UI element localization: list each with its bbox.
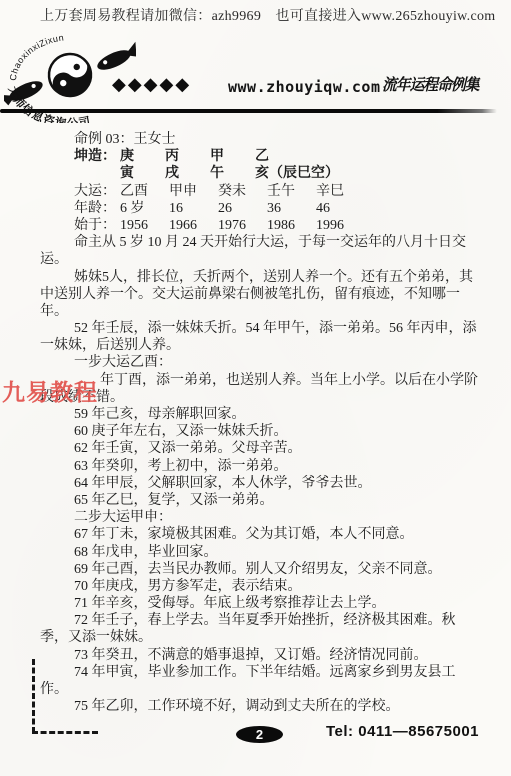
- dashed-border-vertical: [32, 659, 35, 733]
- red-watermark-text: 九易教程: [2, 374, 98, 407]
- scanned-book-page: 上万套周易教程请加微信：azh9969 也可直接进入www.265zhouyiw…: [0, 0, 511, 776]
- dayun-cell: 壬午: [267, 183, 316, 200]
- body-line: 命主从 5 岁 10 月 24 天开始行大运，于每一交运年的八月十日交: [40, 234, 491, 251]
- body-line: 75 年乙卯，工作环境不好，调动到丈夫所在的学校。: [40, 698, 491, 715]
- start-year-cell: 1956: [120, 217, 169, 234]
- empty-label: [74, 165, 120, 182]
- age-label: 年龄：: [74, 200, 120, 217]
- body-line: 72 年壬子，春上学去。当年夏季开始挫折，经济极其困难。秋: [40, 612, 491, 629]
- body-line: 60 庚子年左右，又添一妹妹夭折。: [40, 423, 491, 440]
- body-line: 74 年甲寅，毕业参加工作。下半年结婚。远离家乡到男友县工: [40, 664, 491, 681]
- body-content: 命例 03：王女士 坤造： 庚 丙 甲 乙 寅 戌 午 亥（辰巳空） 大运： 乙…: [0, 131, 511, 715]
- age-row: 年龄： 6 岁 16 26 36 46: [40, 200, 491, 217]
- age-cell: 36: [267, 200, 316, 217]
- start-year-cell: 1976: [218, 217, 267, 234]
- dayun-cell: 甲申: [169, 183, 218, 200]
- pillar-branch: 午: [210, 165, 255, 182]
- footer-telephone: Tel: 0411—85675001: [326, 723, 479, 740]
- pillar-stem: 丙: [165, 148, 210, 165]
- pillar-branch: 寅: [120, 165, 165, 182]
- header-notice-text: 上万套周易教程请加微信：azh9969 也可直接进入www.265zhouyiw…: [40, 5, 495, 25]
- body-line: 68 年戊申，毕业回家。: [40, 544, 491, 561]
- age-cell: 6 岁: [120, 200, 169, 217]
- header-divider-rule: [0, 109, 497, 113]
- dayun-cell: 乙酉: [120, 183, 169, 200]
- body-line: 62 年壬寅，又添一弟弟。父母辛苦。: [40, 440, 491, 457]
- page-number-badge: 2: [236, 726, 283, 743]
- body-line: 71 年辛亥，受侮辱。年底上级考察推荐让去上学。: [40, 595, 491, 612]
- dayun-cell: 癸未: [218, 183, 267, 200]
- body-line: 二步大运甲申：: [40, 509, 491, 526]
- body-line: 运。: [40, 251, 491, 268]
- body-line: 中送别人养一个。交大运前鼻梁右侧被笔扎伤，留有痕迹，不知哪一: [40, 286, 491, 303]
- natal-branches-row: 寅 戌 午 亥（辰巳空）: [40, 165, 491, 182]
- dashed-border-horizontal: [32, 731, 98, 734]
- body-line: 作。: [40, 681, 491, 698]
- book-title: 流年运程命例集: [382, 72, 479, 95]
- paragraph-lines: 命主从 5 岁 10 月 24 天开始行大运，于每一交运年的八月十日交运。姊妹5…: [40, 234, 491, 715]
- header-website-url: www.zhouyiqw.com: [228, 78, 381, 96]
- body-line: 姊妹5人，排长位，夭折两个，送别人养一个。还有五个弟弟，其: [40, 269, 491, 286]
- start-year-cell: 1996: [316, 217, 365, 234]
- age-cell: 16: [169, 200, 218, 217]
- body-line: 64 年甲辰，父解职回家，本人休学，爷爷去世。: [40, 475, 491, 492]
- body-line: 年丁酉，添一弟弟，也送别人养。当年上小学。以后在小学阶: [40, 372, 491, 389]
- taiji-symbol-icon: [40, 45, 99, 104]
- pillar-branch-void: 亥（辰巳空）: [255, 165, 339, 182]
- start-label: 始于：: [74, 217, 120, 234]
- dayun-cell: 辛巳: [316, 183, 365, 200]
- age-cell: 46: [316, 200, 365, 217]
- pillar-stem: 乙: [255, 148, 300, 165]
- case-title: 命例 03：王女士: [40, 131, 491, 148]
- age-cell: 26: [218, 200, 267, 217]
- body-line: 段成绩不错。: [40, 389, 491, 406]
- body-line: 52 年壬辰，添一妹妹夭折。54 年甲午，添一弟弟。56 年丙申，添: [40, 320, 491, 337]
- body-line: 70 年庚戌，男方参军走，表示结束。: [40, 578, 491, 595]
- body-line: 一步大运乙酉：: [40, 354, 491, 371]
- body-line: 59 年己亥，母亲解职回家。: [40, 406, 491, 423]
- dayun-label: 大运：: [74, 183, 120, 200]
- start-year-row: 始于： 1956 1966 1976 1986 1996: [40, 217, 491, 234]
- body-line: 63 年癸卯，考上初中，添一弟弟。: [40, 458, 491, 475]
- start-year-cell: 1966: [169, 217, 218, 234]
- pillar-stem: 庚: [120, 148, 165, 165]
- kun-label: 坤造：: [74, 148, 120, 165]
- body-line: 季，又添一妹妹。: [40, 629, 491, 646]
- dayun-row: 大运： 乙酉 甲申 癸未 壬午 辛巳: [40, 183, 491, 200]
- body-line: 69 年己酉，去当民办教师。别人又介绍男友，父亲不同意。: [40, 561, 491, 578]
- body-line: 73 年癸丑，不满意的婚事退掉，又订婚。经济情况同前。: [40, 647, 491, 664]
- body-line: 年。: [40, 303, 491, 320]
- start-year-cell: 1986: [267, 217, 316, 234]
- body-line: 一妹妹，后送别人养。: [40, 337, 491, 354]
- pillar-stem: 甲: [210, 148, 255, 165]
- body-line: 65 年乙巳，复学，又添一弟弟。: [40, 492, 491, 509]
- diamond-separator-icons: ◆◆◆◆◆: [112, 74, 191, 95]
- pillar-branch: 戌: [165, 165, 210, 182]
- natal-stems-row: 坤造： 庚 丙 甲 乙: [40, 148, 491, 165]
- right-fish-icon: [94, 42, 136, 74]
- body-line: 67 年丁未，家境极其困难。父为其订婚，本人不同意。: [40, 526, 491, 543]
